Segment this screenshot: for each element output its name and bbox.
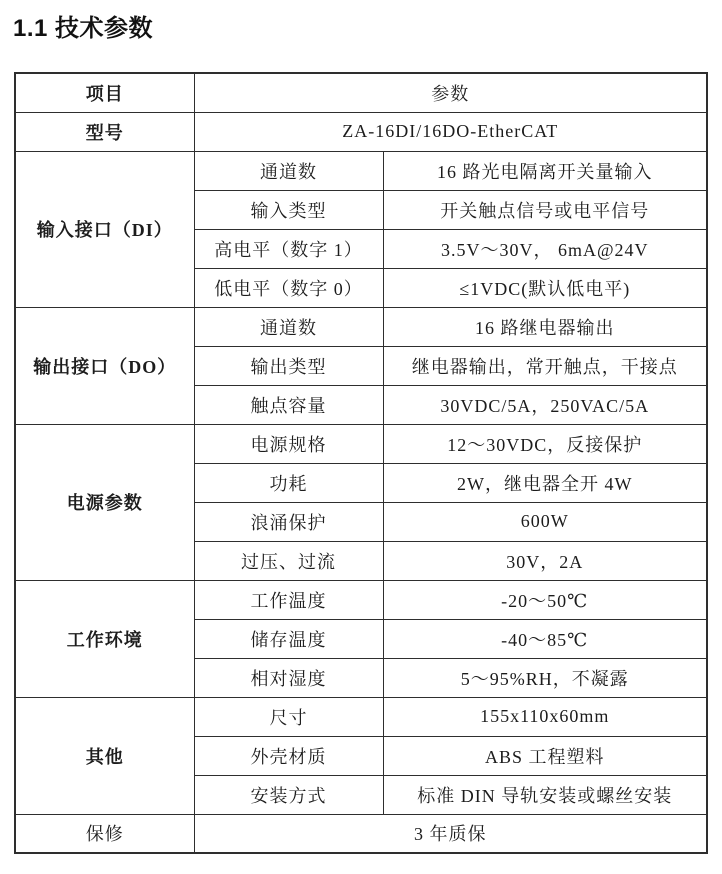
param-name-cell: 触点容量 — [194, 385, 383, 424]
header-item-cell: 项目 — [15, 73, 194, 112]
param-name-cell: 电源规格 — [194, 424, 383, 463]
model-label-cell: 型号 — [15, 112, 194, 151]
param-name-cell: 尺寸 — [194, 697, 383, 736]
header-param-cell: 参数 — [194, 73, 707, 112]
param-name-cell: 输出类型 — [194, 346, 383, 385]
param-name-cell: 低电平（数字 0） — [194, 268, 383, 307]
param-value-cell: 16 路继电器输出 — [383, 307, 707, 346]
table-row-model: 型号 ZA-16DI/16DO-EtherCAT — [15, 112, 707, 151]
param-name-cell: 外壳材质 — [194, 736, 383, 775]
param-value-cell: 16 路光电隔离开关量输入 — [383, 151, 707, 190]
warranty-value-cell: 3 年质保 — [194, 814, 707, 853]
document-page: 1.1 技术参数 项目 参数 型号 ZA-16DI/16DO-EtherCAT … — [0, 0, 722, 874]
table-row: 其他 尺寸 155x110x60mm — [15, 697, 707, 736]
param-name-cell: 通道数 — [194, 151, 383, 190]
table-row: 工作环境 工作温度 -20～50℃ — [15, 580, 707, 619]
table-row-warranty: 保修 3 年质保 — [15, 814, 707, 853]
param-name-cell: 浪涌保护 — [194, 502, 383, 541]
param-value-cell: 标准 DIN 导轨安装或螺丝安装 — [383, 775, 707, 814]
param-name-cell: 安装方式 — [194, 775, 383, 814]
param-value-cell: 2W，继电器全开 4W — [383, 463, 707, 502]
param-name-cell: 储存温度 — [194, 619, 383, 658]
param-name-cell: 过压、过流 — [194, 541, 383, 580]
param-name-cell: 功耗 — [194, 463, 383, 502]
param-value-cell: -40～85℃ — [383, 619, 707, 658]
param-value-cell: 600W — [383, 502, 707, 541]
param-value-cell: 155x110x60mm — [383, 697, 707, 736]
param-value-cell: 继电器输出，常开触点，干接点 — [383, 346, 707, 385]
param-value-cell: 5～95%RH，不凝露 — [383, 658, 707, 697]
table-row: 输出接口（DO） 通道数 16 路继电器输出 — [15, 307, 707, 346]
param-value-cell: 开关触点信号或电平信号 — [383, 190, 707, 229]
param-name-cell: 输入类型 — [194, 190, 383, 229]
param-value-cell: 30VDC/5A，250VAC/5A — [383, 385, 707, 424]
param-name-cell: 工作温度 — [194, 580, 383, 619]
section-label-other: 其他 — [15, 697, 194, 814]
param-value-cell: ABS 工程塑料 — [383, 736, 707, 775]
param-name-cell: 高电平（数字 1） — [194, 229, 383, 268]
param-value-cell: 12～30VDC，反接保护 — [383, 424, 707, 463]
table-row: 输入接口（DI） 通道数 16 路光电隔离开关量输入 — [15, 151, 707, 190]
section-label-power: 电源参数 — [15, 424, 194, 580]
param-value-cell: -20～50℃ — [383, 580, 707, 619]
spec-table: 项目 参数 型号 ZA-16DI/16DO-EtherCAT 输入接口（DI） … — [14, 72, 708, 854]
warranty-label-cell: 保修 — [15, 814, 194, 853]
page-title: 1.1 技术参数 — [13, 8, 722, 43]
param-name-cell: 相对湿度 — [194, 658, 383, 697]
param-name-cell: 通道数 — [194, 307, 383, 346]
table-row: 电源参数 电源规格 12～30VDC，反接保护 — [15, 424, 707, 463]
param-value-cell: ≤1VDC(默认低电平) — [383, 268, 707, 307]
param-value-cell: 30V，2A — [383, 541, 707, 580]
param-value-cell: 3.5V～30V， 6mA@24V — [383, 229, 707, 268]
table-row-header: 项目 参数 — [15, 73, 707, 112]
section-label-do: 输出接口（DO） — [15, 307, 194, 424]
section-label-environment: 工作环境 — [15, 580, 194, 697]
section-label-di: 输入接口（DI） — [15, 151, 194, 307]
model-value-cell: ZA-16DI/16DO-EtherCAT — [194, 112, 707, 151]
